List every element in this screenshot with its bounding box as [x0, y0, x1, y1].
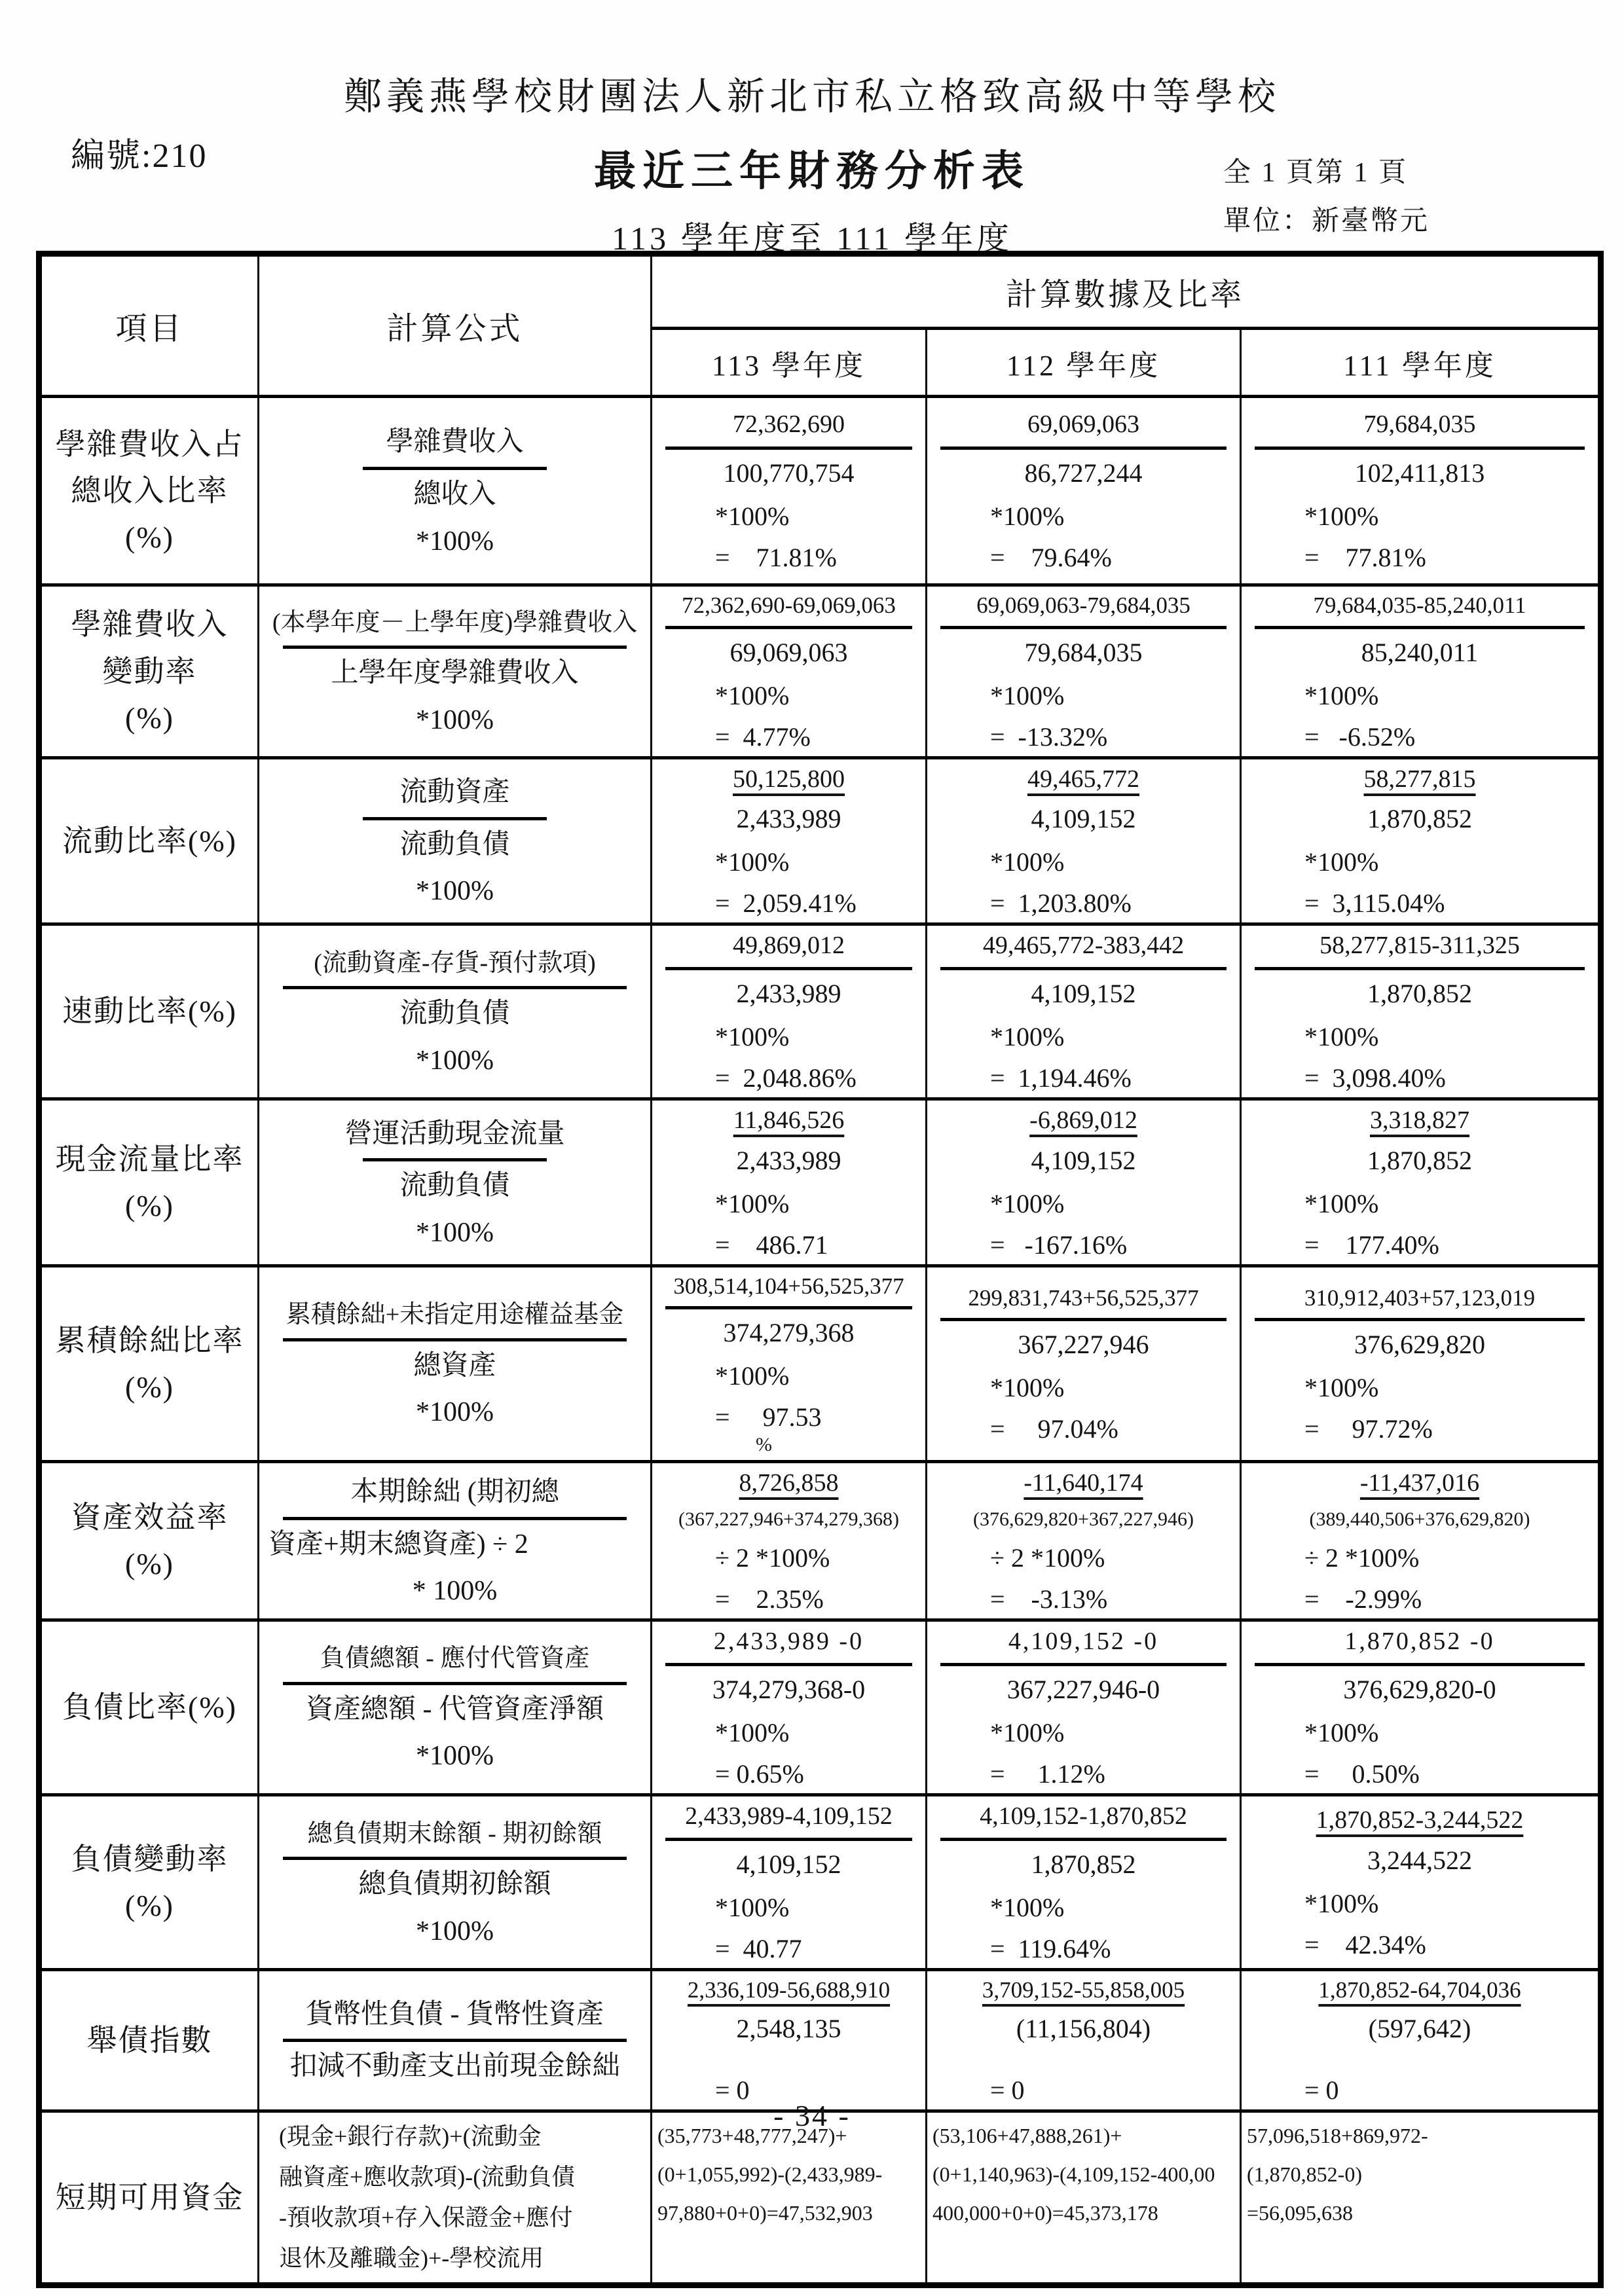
value-cell-112: 4,109,152-1,870,852 1,870,852 *100% = 11… [927, 1795, 1241, 1969]
fraction-bar [665, 967, 912, 970]
page-count: 全 1 頁第 1 頁 [1223, 149, 1430, 198]
formula-cell: 累積餘絀+未指定用途權益基金 總資產 *100% [259, 1266, 652, 1462]
formula-cell: (流動資產-存貨-預付款項) 流動負債 *100% [259, 924, 652, 1099]
value-cell-113: 8,726,858 (367,227,946+374,279,368) ÷ 2 … [652, 1462, 927, 1620]
value-cell-113: (35,773+48,777,247)+ (0+1,055,992)-(2,43… [652, 2111, 927, 2286]
fraction-bar [1255, 446, 1585, 450]
value-cell-113: 72,362,690-69,069,063 69,069,063 *100% =… [652, 585, 927, 758]
formula-cell: 負債總額 - 應付代管資產 資產總額 - 代管資產淨額 *100% [259, 1620, 652, 1795]
table-row: 短期可用資金 (現金+銀行存款)+(流動金 融資產+應收款項)-(流動負債 -預… [39, 2111, 1601, 2286]
formula-cell: (現金+銀行存款)+(流動金 融資產+應收款項)-(流動負債 -預收款項+存入保… [259, 2111, 652, 2286]
value-cell-112: 3,709,152-55,858,005 (11,156,804) = 0 [927, 1970, 1241, 2111]
value-cell-111: 58,277,815 1,870,852 *100% = 3,115.04% [1241, 757, 1601, 924]
value-cell-111: 79,684,035-85,240,011 85,240,011 *100% =… [1241, 585, 1601, 758]
formula-cell: 本期餘絀 (期初總 資產+期末總資產) ÷ 2 * 100% [259, 1462, 652, 1620]
fraction-bar [363, 1158, 547, 1161]
formula-cell: 流動資產 流動負債 *100% [259, 757, 652, 924]
fraction-bar [940, 446, 1227, 450]
fraction-bar [1255, 967, 1585, 970]
fraction-bar [1255, 1318, 1585, 1321]
fraction-bar [665, 626, 912, 629]
item-cell: 累積餘絀比率 (%) [39, 1266, 259, 1462]
formula-cell: 總負債期末餘額 - 期初餘額 總負債期初餘額 *100% [259, 1795, 652, 1969]
value-cell-112: 4,109,152 -0 367,227,946-0 *100% = 1.12% [927, 1620, 1241, 1795]
fraction-bar [283, 1517, 627, 1520]
item-cell: 負債比率(%) [39, 1620, 259, 1795]
item-cell: 學雜費收入 變動率 (%) [39, 585, 259, 758]
table-row: 學雜費收入 變動率 (%) (本學年度－上學年度)學雜費收入 上學年度學雜費收入… [39, 585, 1601, 758]
value-cell-113: 50,125,800 2,433,989 *100% = 2,059.41% [652, 757, 927, 924]
table-row: 舉債指數 貨幣性負債 - 貨幣性資產 扣減不動產支出前現金餘絀 2,336,10… [39, 1970, 1601, 2111]
value-cell-111: 1,870,852-64,704,036 (597,642) = 0 [1241, 1970, 1601, 2111]
school-name-title: 鄭義燕學校財團法人新北市私立格致高級中等學校 [0, 65, 1624, 120]
page-info-block: 全 1 頁第 1 頁 單位：新臺幣元 [1223, 149, 1430, 246]
fraction-bar [363, 467, 547, 470]
value-cell-111: 79,684,035 102,411,813 *100% = 77.81% [1241, 397, 1601, 585]
fraction-bar [940, 1838, 1227, 1841]
value-cell-112: 69,069,063-79,684,035 79,684,035 *100% =… [927, 585, 1241, 758]
item-cell: 現金流量比率 (%) [39, 1099, 259, 1266]
financial-analysis-table: 項目 計算公式 計算數據及比率 113 學年度 112 學年度 111 學年度 … [36, 251, 1604, 2288]
fraction-bar [283, 2039, 627, 2042]
value-cell-112: (53,106+47,888,261)+ (0+1,140,963)-(4,10… [927, 2111, 1241, 2286]
value-cell-112: 69,069,063 86,727,244 *100% = 79.64% [927, 397, 1241, 585]
item-cell: 資產效益率 (%) [39, 1462, 259, 1620]
value-cell-111: 1,870,852 -0 376,629,820-0 *100% = 0.50% [1241, 1620, 1601, 1795]
fraction-bar [283, 1682, 627, 1685]
table-wrapper: 項目 計算公式 計算數據及比率 113 學年度 112 學年度 111 學年度 … [36, 251, 1604, 2288]
table-row: 負債變動率 (%) 總負債期末餘額 - 期初餘額 總負債期初餘額 *100% 2… [39, 1795, 1601, 1969]
formula-cell: 貨幣性負債 - 貨幣性資產 扣減不動產支出前現金餘絀 [259, 1970, 652, 2111]
value-cell-113: 2,336,109-56,688,910 2,548,135 = 0 [652, 1970, 927, 2111]
value-cell-112: 49,465,772-383,442 4,109,152 *100% = 1,1… [927, 924, 1241, 1099]
header-data-span: 計算數據及比率 [652, 254, 1601, 329]
item-cell: 學雜費收入占 總收入比率 (%) [39, 397, 259, 585]
fraction-bar [1255, 1663, 1585, 1666]
fraction-bar [665, 446, 912, 450]
value-cell-113: 11,846,526 2,433,989 *100% = 486.71 [652, 1099, 927, 1266]
value-cell-112: 299,831,743+56,525,377 367,227,946 *100%… [927, 1266, 1241, 1462]
fraction-bar [1255, 626, 1585, 629]
fraction-bar [363, 817, 547, 820]
fraction-bar [940, 1318, 1227, 1321]
value-cell-111: -11,437,016 (389,440,506+376,629,820) ÷ … [1241, 1462, 1601, 1620]
value-cell-113: 72,362,690 100,770,754 *100% = 71.81% [652, 397, 927, 585]
value-cell-112: -11,640,174 (376,629,820+367,227,946) ÷ … [927, 1462, 1241, 1620]
item-cell: 負債變動率 (%) [39, 1795, 259, 1969]
fraction-bar [940, 626, 1227, 629]
header-year-113: 113 學年度 [652, 329, 927, 397]
header-year-112: 112 學年度 [927, 329, 1241, 397]
page-number-footer: - 34 - [0, 2098, 1624, 2133]
value-cell-113: 2,433,989 -0 374,279,368-0 *100% = 0.65% [652, 1620, 927, 1795]
value-cell-113: 308,514,104+56,525,377 374,279,368 *100%… [652, 1266, 927, 1462]
table-row: 現金流量比率 (%) 營運活動現金流量 流動負債 *100% 11,846,52… [39, 1099, 1601, 1266]
table-row: 累積餘絀比率 (%) 累積餘絀+未指定用途權益基金 總資產 *100% 308,… [39, 1266, 1601, 1462]
fraction-bar [940, 1663, 1227, 1666]
header-item: 項目 [39, 254, 259, 397]
fraction-bar [940, 967, 1227, 970]
fraction-bar [283, 1338, 627, 1341]
table-row: 學雜費收入占 總收入比率 (%) 學雜費收入 總收入 *100% 72,362,… [39, 397, 1601, 585]
item-cell: 速動比率(%) [39, 924, 259, 1099]
value-cell-111: 58,277,815-311,325 1,870,852 *100% = 3,0… [1241, 924, 1601, 1099]
value-cell-113: 49,869,012 2,433,989 *100% = 2,048.86% [652, 924, 927, 1099]
header-formula: 計算公式 [259, 254, 652, 397]
table-row: 資產效益率 (%) 本期餘絀 (期初總 資產+期末總資產) ÷ 2 * 100%… [39, 1462, 1601, 1620]
fraction-bar [283, 986, 627, 989]
item-cell: 短期可用資金 [39, 2111, 259, 2286]
value-cell-112: 49,465,772 4,109,152 *100% = 1,203.80% [927, 757, 1241, 924]
header-year-111: 111 學年度 [1241, 329, 1601, 397]
formula-cell: 學雜費收入 總收入 *100% [259, 397, 652, 585]
fraction-bar [665, 1838, 912, 1841]
value-cell-111: 3,318,827 1,870,852 *100% = 177.40% [1241, 1099, 1601, 1266]
fraction-bar [665, 1663, 912, 1666]
formula-cell: (本學年度－上學年度)學雜費收入 上學年度學雜費收入 *100% [259, 585, 652, 758]
value-cell-111: 310,912,403+57,123,019 376,629,820 *100%… [1241, 1266, 1601, 1462]
table-row: 速動比率(%) (流動資產-存貨-預付款項) 流動負債 *100% 49,869… [39, 924, 1601, 1099]
value-cell-113: 2,433,989-4,109,152 4,109,152 *100% = 40… [652, 1795, 927, 1969]
fraction-bar [283, 646, 627, 649]
value-cell-112: -6,869,012 4,109,152 *100% = -167.16% [927, 1099, 1241, 1266]
item-cell: 流動比率(%) [39, 757, 259, 924]
table-row: 流動比率(%) 流動資產 流動負債 *100% 50,125,800 2,433… [39, 757, 1601, 924]
formula-cell: 營運活動現金流量 流動負債 *100% [259, 1099, 652, 1266]
item-cell: 舉債指數 [39, 1970, 259, 2111]
value-cell-111: 1,870,852-3,244,522 3,244,522 *100% = 42… [1241, 1795, 1601, 1969]
value-cell-111: 57,096,518+869,972- (1,870,852-0) =56,09… [1241, 2111, 1601, 2286]
fraction-bar [283, 1857, 627, 1860]
scanned-financial-report-page: 編號:210 鄭義燕學校財團法人新北市私立格致高級中等學校 最近三年財務分析表 … [0, 0, 1624, 2296]
table-row: 負債比率(%) 負債總額 - 應付代管資產 資產總額 - 代管資產淨額 *100… [39, 1620, 1601, 1795]
fraction-bar [665, 1306, 912, 1309]
currency-unit: 單位：新臺幣元 [1223, 198, 1430, 246]
